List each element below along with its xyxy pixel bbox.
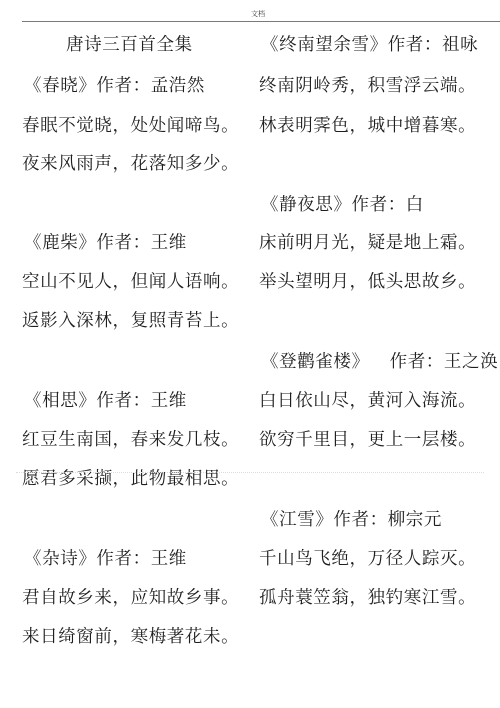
poem-heading: 《终南望余雪》作者：祖咏 [261,34,478,56]
poem-line: 终南阴岭秀，积雪浮云端。 [259,75,476,97]
poem-line: 千山鸟飞绝，万径人踪灭。 [259,548,476,570]
poem-line: 举头望明月，低头思故乡。 [259,271,476,293]
poem-heading: 《鹿柴》作者：王维 [24,232,187,254]
poem-heading: 《登鹳雀楼》作者：王之涣 [261,351,498,373]
poem-heading: 《相思》作者：王维 [24,390,187,412]
poem-line: 空山不见人，但闻人语响。 [22,271,239,293]
poem-line: 君自故乡来，应知故乡事。 [22,587,239,609]
poem-heading: 《静夜思》作者：白 [261,194,424,216]
page-header-label: 文档 [0,9,500,19]
document-title: 唐诗三百首全集 [66,34,193,56]
poem-line: 春眠不觉晓，处处闻啼鸟。 [22,115,239,137]
page-break-divider [16,472,484,473]
header-divider [22,21,500,22]
poem-heading: 《江雪》作者：柳宗元 [261,509,442,531]
poem-heading-title: 《登鹳雀楼》 [261,352,370,372]
poem-heading: 《春晓》作者：孟浩然 [24,75,205,97]
poem-line: 欲穷千里目，更上一层楼。 [259,429,476,451]
poem-line: 红豆生南国，春来发几枝。 [22,429,239,451]
poem-line: 夜来风雨声，花落知多少。 [22,153,239,175]
poem-line: 孤舟蓑笠翁，独钓寒江雪。 [259,587,476,609]
poem-line: 来日绮窗前，寒梅著花未。 [22,626,239,648]
poem-line: 床前明月光，疑是地上霜。 [259,232,476,254]
poem-line: 林表明霁色，城中增暮寒。 [259,115,476,137]
poem-heading-author: 作者：王之涣 [390,352,499,372]
poem-line: 白日依山尽，黄河入海流。 [259,390,476,412]
poem-heading: 《杂诗》作者：王维 [24,548,187,570]
poem-line: 返影入深林，复照青苔上。 [22,310,239,332]
